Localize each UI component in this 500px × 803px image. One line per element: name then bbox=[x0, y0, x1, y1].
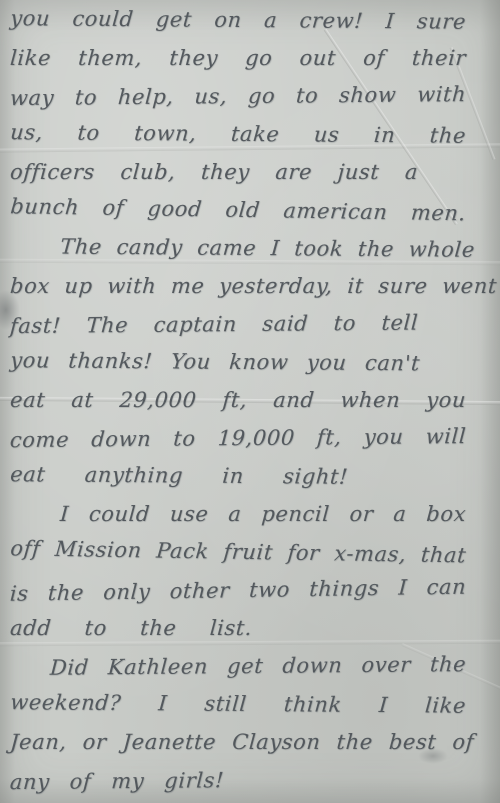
letter-body: you could get on a crew! I sure like the… bbox=[0, 0, 500, 803]
handwriting-line: add to the list. bbox=[0, 611, 500, 649]
handwriting-line: you thanks! You know you can't bbox=[0, 343, 500, 385]
handwriting-line: you could get on a crew! I sure bbox=[0, 1, 500, 43]
handwriting-line: bunch of good old american men. bbox=[0, 189, 500, 235]
handwriting-line: Jean, or Jeanette Clayson the best of bbox=[0, 725, 500, 763]
handwriting-line: us, to town, take us in the bbox=[0, 115, 500, 157]
handwriting-line: box up with me yesterday, it sure went bbox=[0, 269, 500, 307]
handwriting-line: I could use a pencil or a box bbox=[0, 497, 500, 535]
handwriting-line: eat anything in sight! bbox=[0, 457, 500, 499]
handwriting-line: fast! The captain said to tell bbox=[0, 305, 500, 347]
letter-page: you could get on a crew! I sure like the… bbox=[0, 0, 500, 803]
handwriting-line: The candy came I took the whole bbox=[0, 229, 500, 271]
handwriting-line: come down to 19,000 ft, you will bbox=[0, 419, 500, 461]
handwriting-line: any of my girls! bbox=[0, 761, 500, 803]
handwriting-line: is the only other two things I can bbox=[0, 569, 500, 615]
handwriting-line: eat at 29,000 ft, and when you bbox=[0, 383, 500, 421]
handwriting-line: weekend? I still think I like bbox=[0, 685, 500, 727]
handwriting-line: way to help, us, go to show with bbox=[0, 77, 500, 119]
handwriting-line: like them, they go out of their bbox=[0, 41, 500, 79]
handwriting-line: Did Kathleen get down over the bbox=[0, 647, 500, 689]
handwriting-line: officers club, they are just a bbox=[0, 155, 500, 193]
